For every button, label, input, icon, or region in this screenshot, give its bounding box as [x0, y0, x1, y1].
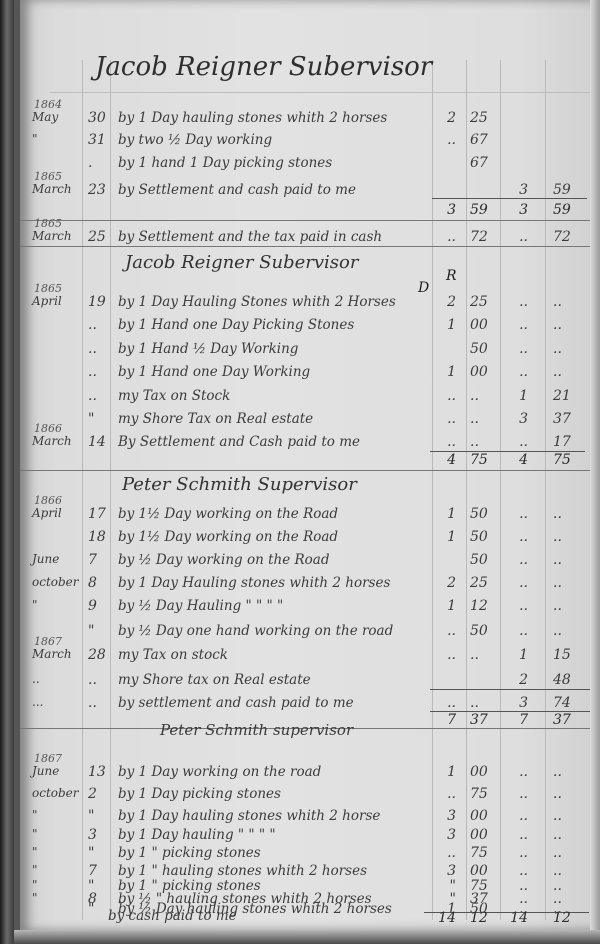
entry-month: March — [32, 647, 72, 661]
credit-dollars: .. — [510, 317, 528, 333]
total-debit-dollars: 7 — [438, 712, 456, 728]
entry-month: " — [32, 598, 38, 612]
total-debit-cents: 75 — [470, 452, 494, 468]
debit-cents: 75 — [470, 845, 494, 861]
entry-day: 23 — [88, 182, 106, 198]
debit-dollars: .. — [438, 695, 456, 711]
entry-day: " — [88, 808, 94, 824]
entry-month: " — [32, 863, 38, 877]
debit-dollars: .. — [438, 786, 456, 802]
debit-dollars: 1 — [438, 317, 456, 333]
debit-cents: 00 — [470, 827, 494, 843]
credit-cents: .. — [553, 764, 577, 780]
credit-cents: 59 — [553, 182, 577, 198]
credit-cents: .. — [553, 827, 577, 843]
entry-month: " — [32, 827, 38, 841]
entry-description: by 1 Day hauling stones whith 2 horses — [118, 110, 387, 126]
debit-dollars: 1 — [438, 598, 456, 614]
entry-day: " — [88, 623, 94, 639]
ledger-row: 1865 April 19 by 1 Day Hauling Stones wh… — [0, 292, 600, 314]
debit-cents: 00 — [470, 317, 494, 333]
entry-month: .. — [32, 672, 40, 686]
entry-day: .. — [88, 364, 97, 380]
ledger-row: " my Shore Tax on Real estate .. .. 3 37 — [0, 409, 600, 431]
total-debit-cents: 37 — [470, 712, 494, 728]
debit-cents: 00 — [470, 764, 494, 780]
credit-dollars: 3 — [510, 182, 528, 198]
total-credit-cents: 37 — [553, 712, 577, 728]
entry-description: by 1 Hand ½ Day Working — [118, 341, 298, 357]
entry-description: by 1 Day working on the road — [118, 764, 321, 780]
credit-cents: 72 — [553, 229, 577, 245]
credit-dollars: .. — [510, 364, 528, 380]
entry-day: 28 — [88, 647, 106, 663]
section-rule — [20, 470, 590, 471]
debit-dollars: .. — [438, 434, 456, 450]
credit-dollars: .. — [510, 764, 528, 780]
total-debit-dollars: 4 — [438, 452, 456, 468]
entry-month: June — [32, 552, 59, 566]
section-heading: Jacob Reigner Subervisor — [95, 52, 432, 82]
credit-cents: .. — [553, 575, 577, 591]
entry-description: By Settlement and Cash paid to me — [118, 434, 360, 450]
debit-dollars: 2 — [438, 110, 456, 126]
entry-day: 7 — [88, 552, 97, 568]
entry-day: 17 — [88, 506, 106, 522]
debit-cents: 50 — [470, 506, 494, 522]
entry-day: .. — [88, 341, 97, 357]
total-debit-dollars: 3 — [438, 202, 456, 218]
section-heading: Peter Schmith Supervisor — [122, 474, 357, 495]
entry-month: March — [32, 182, 72, 196]
credit-cents: .. — [553, 294, 577, 310]
section-total: 14 12 14 12 — [0, 908, 600, 930]
debit-cents: 50 — [470, 341, 494, 357]
debit-dollars: 2 — [438, 294, 456, 310]
ledger-row: 1866 April 17 by 1½ Day working on the R… — [0, 504, 600, 526]
credit-dollars: .. — [510, 506, 528, 522]
section-rule — [20, 220, 590, 221]
debit-dollars: .. — [438, 132, 456, 148]
credit-cents: 15 — [553, 647, 577, 663]
total-credit-cents: 75 — [553, 452, 577, 468]
entry-month: March — [32, 434, 72, 448]
subtotal-rule — [432, 198, 587, 199]
total-credit-dollars: 7 — [510, 712, 528, 728]
total-debit-cents: 12 — [470, 910, 494, 926]
section-rule — [20, 246, 590, 247]
entry-day: .. — [88, 695, 97, 711]
debit-dollars: 1 — [438, 364, 456, 380]
credit-cents: .. — [553, 845, 577, 861]
entry-month: october — [32, 575, 79, 589]
credit-dollars: .. — [510, 827, 528, 843]
entry-month: June — [32, 764, 59, 778]
entry-month: March — [32, 229, 72, 243]
credit-cents: 74 — [553, 695, 577, 711]
debit-cents: 25 — [470, 110, 494, 126]
entry-description: by ½ Day working on the Road — [118, 552, 330, 568]
entry-description: by settlement and cash paid to me — [118, 695, 354, 711]
credit-cents: .. — [553, 506, 577, 522]
debit-cents: .. — [470, 388, 494, 404]
ledger-row: . by 1 hand 1 Day picking stones 67 — [0, 153, 600, 175]
credit-dollars: .. — [510, 552, 528, 568]
entry-month: April — [32, 294, 62, 308]
section-total: 3 59 3 59 — [0, 200, 600, 222]
total-credit-cents: 59 — [553, 202, 577, 218]
debit-cents: 75 — [470, 786, 494, 802]
entry-description: my Tax on Stock — [118, 388, 230, 404]
entry-description: by 1 Day hauling stones whith 2 horse — [118, 808, 380, 824]
entry-day: .. — [88, 317, 97, 333]
credit-dollars: 1 — [510, 647, 528, 663]
entry-day: .. — [88, 672, 97, 688]
credit-cents: .. — [553, 317, 577, 333]
credit-cents: 17 — [553, 434, 577, 450]
debit-dollars: .. — [438, 845, 456, 861]
total-credit-dollars: 4 — [510, 452, 528, 468]
credit-dollars: .. — [510, 229, 528, 245]
credit-cents: .. — [553, 364, 577, 380]
credit-dollars: .. — [510, 786, 528, 802]
ledger-row: 1864 May 30 by 1 Day hauling stones whit… — [0, 108, 600, 130]
credit-cents: .. — [553, 552, 577, 568]
debit-cents: 72 — [470, 229, 494, 245]
section-heading: Jacob Reigner Subervisor — [125, 252, 358, 273]
debit-cents: 25 — [470, 294, 494, 310]
ledger-row: 18 by 1½ Day working on the Road 1 50 ..… — [0, 527, 600, 549]
cents-column-mark: R — [446, 268, 457, 284]
ledger-row: " by ½ Day one hand working on the road … — [0, 621, 600, 643]
debit-cents: .. — [470, 695, 494, 711]
credit-dollars: 3 — [510, 411, 528, 427]
entry-description: my Shore Tax on Real estate — [118, 411, 313, 427]
total-credit-cents: 12 — [553, 910, 577, 926]
credit-dollars: 2 — [510, 672, 528, 688]
entry-day: 19 — [88, 294, 106, 310]
debit-dollars: 1 — [438, 529, 456, 545]
debit-cents: 00 — [470, 364, 494, 380]
entry-description: by 1 Day Hauling stones whith 2 horses — [118, 575, 390, 591]
credit-dollars: .. — [510, 434, 528, 450]
entry-description: by ½ Day Hauling " " " " — [118, 598, 283, 614]
entry-day: 31 — [88, 132, 106, 148]
debit-cents: 50 — [470, 552, 494, 568]
ledger-row: " 31 by two ½ Day working .. 67 — [0, 130, 600, 152]
total-debit-cents: 59 — [470, 202, 494, 218]
credit-cents: .. — [553, 341, 577, 357]
entry-description: by ½ Day one hand working on the road — [118, 623, 393, 639]
entry-description: by 1 hand 1 Day picking stones — [118, 155, 332, 171]
debit-cents: 67 — [470, 132, 494, 148]
debit-cents: 12 — [470, 598, 494, 614]
credit-dollars: .. — [510, 294, 528, 310]
debit-dollars: .. — [438, 411, 456, 427]
entry-description: by 1 Day hauling " " " " — [118, 827, 276, 843]
debit-dollars: .. — [438, 388, 456, 404]
section-total: 4 75 4 75 — [0, 450, 600, 472]
entry-month: " — [32, 808, 38, 822]
debit-dollars: .. — [438, 647, 456, 663]
credit-dollars: .. — [510, 808, 528, 824]
credit-dollars: .. — [510, 341, 528, 357]
top-rule — [50, 92, 590, 93]
entry-day: 8 — [88, 575, 97, 591]
debit-cents: 00 — [470, 808, 494, 824]
debit-dollars: .. — [438, 623, 456, 639]
entry-description: by 1 Hand one Day Working — [118, 364, 310, 380]
entry-description: by two ½ Day working — [118, 132, 272, 148]
ledger-row: october 2 by 1 Day picking stones .. 75 … — [0, 784, 600, 806]
debit-dollars: 1 — [438, 764, 456, 780]
ledger-row: 1867 March 28 my Tax on stock .. .. 1 15 — [0, 645, 600, 667]
entry-description: by 1 Day picking stones — [118, 786, 281, 802]
credit-cents: .. — [553, 623, 577, 639]
entry-day: 14 — [88, 434, 106, 450]
entry-day: " — [88, 411, 94, 427]
entry-description: by 1½ Day working on the Road — [118, 506, 338, 522]
entry-day: 9 — [88, 598, 97, 614]
entry-month: october — [32, 786, 79, 800]
ledger-row: June 7 by ½ Day working on the Road 50 .… — [0, 550, 600, 572]
entry-month: " — [32, 845, 38, 859]
debit-dollars: 1 — [438, 506, 456, 522]
entry-month: May — [32, 110, 58, 124]
entry-description: by Settlement and cash paid to me — [118, 182, 356, 198]
credit-cents: 48 — [553, 672, 577, 688]
credit-dollars: .. — [510, 575, 528, 591]
total-credit-dollars: 14 — [510, 910, 528, 926]
credit-dollars: .. — [510, 623, 528, 639]
credit-cents: 37 — [553, 411, 577, 427]
debit-cents: 50 — [470, 623, 494, 639]
entry-description: by Settlement and the tax paid in cash — [118, 229, 382, 245]
ledger-row: .. my Tax on Stock .. .. 1 21 — [0, 386, 600, 408]
debit-cents: .. — [470, 434, 494, 450]
ledger-row: .. by 1 Hand one Day Working 1 00 .. .. — [0, 362, 600, 384]
credit-cents: .. — [553, 786, 577, 802]
credit-dollars: .. — [510, 845, 528, 861]
ledger-row: " 9 by ½ Day Hauling " " " " 1 12 .. .. — [0, 596, 600, 618]
credit-cents: .. — [553, 529, 577, 545]
debit-cents: .. — [470, 411, 494, 427]
entry-description: my Shore tax on Real estate — [118, 672, 311, 688]
entry-day: " — [88, 845, 94, 861]
entry-description: by 1 Hand one Day Picking Stones — [118, 317, 354, 333]
entry-day: 3 — [88, 827, 97, 843]
credit-dollars: .. — [510, 598, 528, 614]
debit-cents: 50 — [470, 529, 494, 545]
total-credit-dollars: 3 — [510, 202, 528, 218]
section-heading: Peter Schmith supervisor — [160, 721, 353, 739]
ledger-row: .. by 1 Hand ½ Day Working 50 .. .. — [0, 339, 600, 361]
entry-day: 2 — [88, 786, 97, 802]
credit-dollars: 1 — [510, 388, 528, 404]
debit-cents: 67 — [470, 155, 494, 171]
ledger-row: .. by 1 Hand one Day Picking Stones 1 00… — [0, 315, 600, 337]
entry-month: April — [32, 506, 62, 520]
debit-dollars: .. — [438, 229, 456, 245]
total-debit-dollars: 14 — [438, 910, 456, 926]
credit-cents: .. — [553, 808, 577, 824]
entry-description: by 1 Day Hauling Stones whith 2 Horses — [118, 294, 396, 310]
page-bottom-edge — [14, 930, 600, 944]
debit-dollars: 2 — [438, 575, 456, 591]
credit-dollars: .. — [510, 529, 528, 545]
entry-month: " — [32, 132, 38, 146]
entry-day: 25 — [88, 229, 106, 245]
entry-day: 18 — [88, 529, 106, 545]
entry-day: 13 — [88, 764, 106, 780]
credit-dollars: 3 — [510, 695, 528, 711]
debit-cents: .. — [470, 647, 494, 663]
entry-description: my Tax on stock — [118, 647, 228, 663]
entry-day: . — [88, 155, 92, 171]
debit-cents: 25 — [470, 575, 494, 591]
entry-day: 30 — [88, 110, 106, 126]
debit-dollars: 3 — [438, 827, 456, 843]
credit-cents: .. — [553, 598, 577, 614]
subtotal-rule — [430, 689, 590, 690]
debit-dollars: 3 — [438, 808, 456, 824]
ledger-row: october 8 by 1 Day Hauling stones whith … — [0, 573, 600, 595]
entry-description: by 1 " picking stones — [118, 845, 261, 861]
credit-cents: 21 — [553, 388, 577, 404]
entry-description: by 1½ Day working on the Road — [118, 529, 338, 545]
ledger-row: 1867 June 13 by 1 Day working on the roa… — [0, 762, 600, 784]
entry-month: ... — [32, 695, 43, 709]
entry-day: .. — [88, 388, 97, 404]
